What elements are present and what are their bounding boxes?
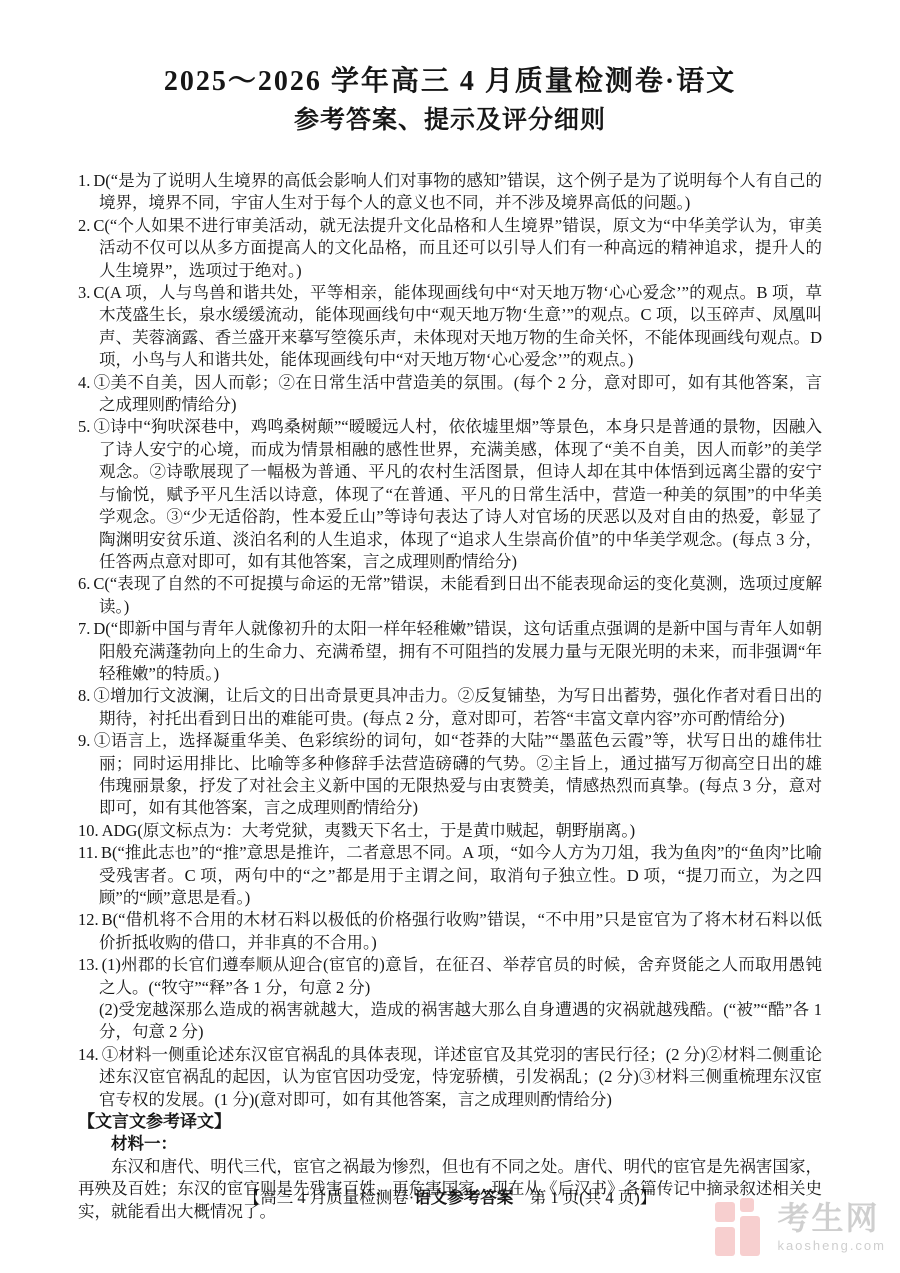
answer-item: 6.C(“表现了自然的不可捉摸与命运的无常”错误，未能看到日出不能表现命运的变化… [78,573,822,618]
material-one-label: 材料一： [78,1133,822,1155]
answer-number: 8. [78,686,90,705]
answer-item: 11.B(“推此志也”的“推”意思是推许，二者意思不同。A 项，“如今人方为刀俎… [78,842,822,909]
answer-number: 9. [78,731,90,750]
answer-item: 3.C(A 项，人与鸟兽和谐共处，平等相亲，能体现画线句中“对天地万物‘心心爱念… [78,282,822,372]
answer-number: 14. [78,1045,99,1064]
answer-item: 9.①语言上，选择凝重华美、色彩缤纷的词句，如“苍莽的大陆”“墨蓝色云霞”等，状… [78,730,822,820]
watermark-text: 考生网 kaosheng.com [777,1202,886,1252]
answer-item: 2.C(“个人如果不进行审美活动，就无法提升文化品格和人生境界”错误，原文为“中… [78,215,822,282]
answer-item: 10.ADG(原文标点为：大考党狱，夷戮天下名士，于是黄巾贼起，朝野崩离。) [78,820,822,842]
answer-number: 6. [78,574,90,593]
answer-number: 5. [78,417,90,436]
answer-number: 11. [78,843,98,862]
answer-item: 1.D(“是为了说明人生境界的高低会影响人们对事物的感知”错误，这个例子是为了说… [78,170,822,215]
answer-item: 12.B(“借机将不合用的木材石料以极低的价格强行收购”错误，“不中用”只是宦官… [78,909,822,954]
footer-bold-segment: 语文参考答案 [414,1189,513,1207]
answer-number: 10. [78,821,99,840]
footer-suffix: 第 1 页(共 4 页)】 [513,1188,656,1207]
answer-item: 14.①材料一侧重论述东汉宦官祸乱的具体表现，详述宦官及其党羽的害民行径；(2 … [78,1044,822,1111]
answer-number: 4. [78,373,90,392]
answer-number: 7. [78,619,90,638]
logo-block [740,1198,754,1212]
answer-item: 4.①美不自美，因人而彰；②在日常生活中营造美的氛围。(每个 2 分，意对即可，… [78,372,822,417]
answer-item: 8.①增加行文波澜，让后文的日出奇景更具冲击力。②反复铺垫，为写日出蓄势，强化作… [78,685,822,730]
answer-item: 13.(1)州郡的长官们遵奉顺从迎合(宦官的)意旨，在征召、举荐官员的时候，舍弃… [78,954,822,999]
answer-number: 3. [78,283,90,302]
answer-number: 1. [78,171,90,190]
logo-block [715,1227,735,1256]
watermark: 考生网 kaosheng.com [715,1198,886,1256]
answer-number: 2. [78,216,90,235]
kaosheng-logo-icon [715,1198,767,1256]
watermark-site-name: 考生网 [777,1202,879,1234]
logo-block [740,1216,760,1256]
translation-heading: 【文言文参考译文】 [78,1111,822,1133]
footer-prefix: 【高三 4 月质量检测卷· [244,1188,415,1207]
exam-title: 2025～2026 学年高三 4 月质量检测卷·语文 [78,66,822,98]
answers-list: 1.D(“是为了说明人生境界的高低会影响人们对事物的感知”错误，这个例子是为了说… [78,170,822,1111]
exam-subtitle: 参考答案、提示及评分细则 [78,106,822,134]
document-page: { "page": { "title": "2025～2026 学年高三 4 月… [0,0,900,1273]
answer-item: (2)受宠越深那么造成的祸害就越大，造成的祸害越大那么自身遭遇的灾祸就越残酷。(… [78,999,822,1044]
answer-number: 12. [78,910,99,929]
logo-block [715,1202,735,1222]
answer-item: 7.D(“即新中国与青年人就像初升的太阳一样年轻稚嫩”错误，这句话重点强调的是新… [78,618,822,685]
answer-item: 5.①诗中“狗吠深巷中，鸡鸣桑树颠”“暧暧远人村，依依墟里烟”等景色，本身只是普… [78,416,822,573]
watermark-domain: kaosheng.com [777,1239,886,1252]
answer-number: 13. [78,955,99,974]
answer-sheet: 2025～2026 学年高三 4 月质量检测卷·语文 参考答案、提示及评分细则 … [0,0,900,1223]
